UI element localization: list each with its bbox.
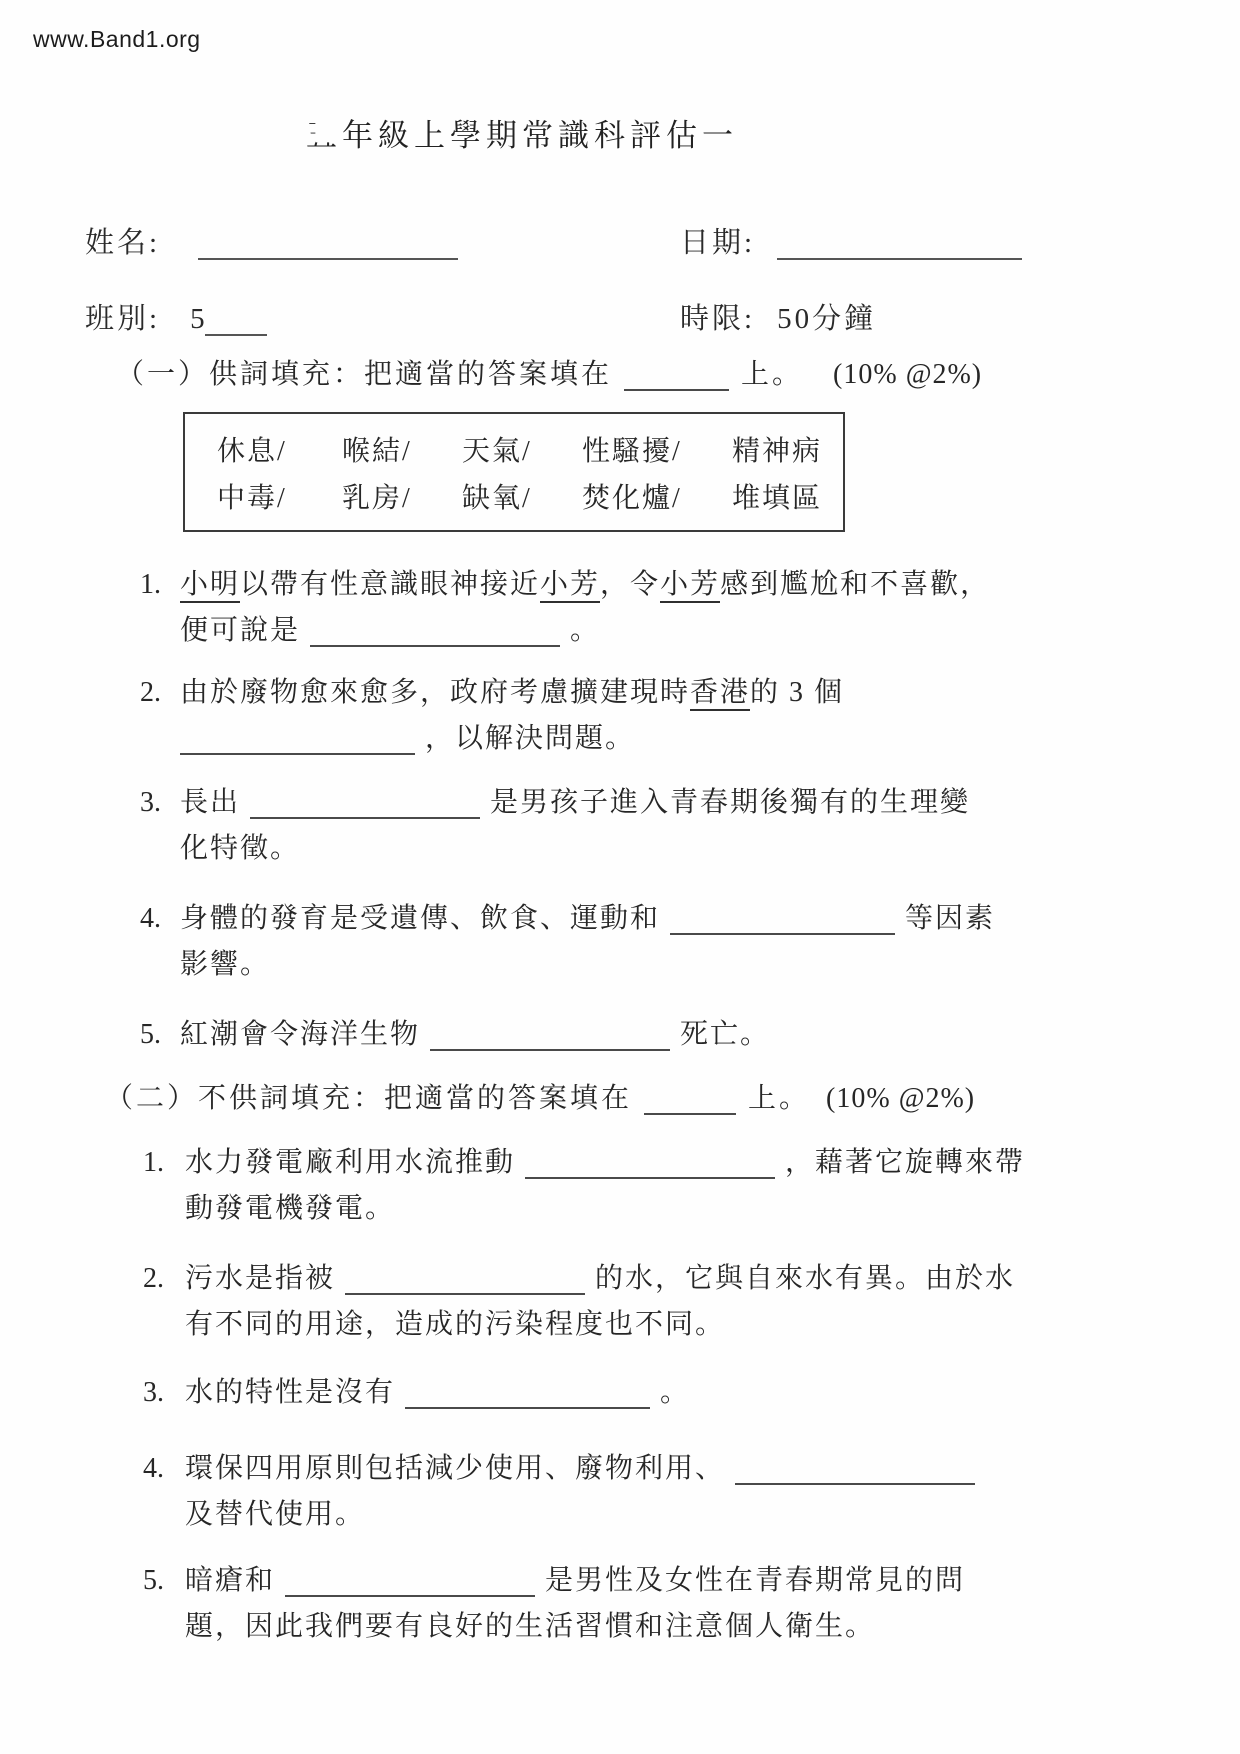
section2-heading-blank (644, 1085, 736, 1115)
question-text: 有不同的用途，造成的污染程度也不同。 (185, 1309, 725, 1340)
answer-blank (405, 1379, 650, 1409)
question-number: 1. (140, 562, 161, 608)
name-field: 姓名: (85, 220, 458, 261)
question-line: 題，因此我們要有良好的生活習慣和注意個人衛生。 (185, 1604, 965, 1650)
question-line: 長出是男孩子進入青春期後獨有的生理變 (180, 780, 970, 826)
question-number: 4. (143, 1446, 164, 1492)
question-text: 身體的發育是受遺傳、飲食、運動和 (180, 903, 660, 934)
question-line: 環保四用原則包括減少使用、廢物利用、 (185, 1446, 985, 1492)
answer-blank (310, 617, 560, 647)
section1-score: (10% @2%) (833, 359, 982, 390)
question-text: 及替代使用。 (185, 1499, 365, 1530)
section1-heading: （一）供詞填充：把適當的答案填在上。(10% @2%) (116, 352, 982, 392)
word-bank-row-2: 中毒/ 乳房/ 缺氧/ 焚化爐/ 堆填區 (185, 476, 843, 516)
s1-question-5: 5. 紅潮會令海洋生物死亡。 (140, 1012, 770, 1058)
question-text: 是男孩子進入青春期後獨有的生理變 (490, 787, 970, 818)
answer-blank (285, 1567, 535, 1597)
question-text: 暗瘡和 (185, 1565, 275, 1596)
section1-heading-blank (624, 361, 729, 391)
word-bank-row-1: 休息/ 喉結/ 天氣/ 性騷擾/ 精神病 (185, 429, 843, 469)
s1-question-4: 4. 身體的發育是受遺傳、飲食、運動和等因素 影響。 (140, 896, 995, 988)
question-text: 。 (660, 1377, 690, 1408)
word-bank-item: 乳房/ (342, 476, 462, 516)
question-line: 及替代使用。 (185, 1492, 985, 1538)
time-field: 時限:50分鐘 (680, 296, 876, 337)
question-text: 便可說是 (180, 615, 300, 646)
question-text: 污水是指被 (185, 1263, 335, 1294)
word-bank-item: 缺氧/ (462, 476, 582, 516)
answer-blank (180, 725, 415, 755)
question-text: 水力發電廠利用水流推動 (185, 1147, 515, 1178)
s1-question-2: 2. 由於廢物愈來愈多，政府考慮擴建現時香港的 3 個 ，以解決問題。 (140, 670, 844, 762)
word-bank-item: 休息/ (217, 429, 342, 469)
section2-heading-post: 上。 (748, 1083, 810, 1114)
word-bank-item: 性騷擾/ (582, 429, 732, 469)
question-text: 動發電機發電。 (185, 1193, 395, 1224)
date-field: 日期: (680, 220, 1022, 261)
question-text: 影響。 (180, 949, 270, 980)
question-text: 化特徵。 (180, 833, 300, 864)
s2-question-3: 3. 水的特性是沒有。 (143, 1370, 690, 1416)
question-line: 身體的發育是受遺傳、飲食、運動和等因素 (180, 896, 995, 942)
word-bank-box: 休息/ 喉結/ 天氣/ 性騷擾/ 精神病 中毒/ 乳房/ 缺氧/ 焚化爐/ 堆填… (183, 412, 845, 532)
section1-marker: （一） (116, 359, 209, 390)
question-text: 長出 (180, 787, 240, 818)
question-text: 由於廢物愈來愈多，政府考慮擴建現時 (180, 677, 690, 708)
question-line: 影響。 (180, 942, 995, 988)
question-text: 以帶有性意識眼神接近 (240, 569, 540, 600)
s2-question-5: 5. 暗瘡和是男性及女性在青春期常見的問 題，因此我們要有良好的生活習慣和注意個… (143, 1558, 965, 1650)
section1-heading-pre: 供詞填充：把適當的答案填在 (209, 359, 612, 390)
name-label: 姓名: (85, 227, 160, 259)
word-bank-item: 精神病 (732, 429, 843, 469)
class-value: 5 (190, 303, 205, 335)
question-text: 題，因此我們要有良好的生活習慣和注意個人衛生。 (185, 1611, 875, 1642)
class-label: 班別: (85, 303, 160, 335)
question-line: 小明以帶有性意識眼神接近小芳，令小芳感到尷尬和不喜歡， (180, 562, 990, 608)
question-number: 3. (143, 1370, 164, 1416)
question-text: 。 (570, 615, 600, 646)
question-line: ，以解決問題。 (180, 716, 844, 762)
question-text: 環保四用原則包括減少使用、廢物利用、 (185, 1453, 725, 1484)
section2-heading-pre: 不供詞填充：把適當的答案填在 (198, 1083, 632, 1114)
question-number: 2. (140, 670, 161, 716)
clipped-grade-char: 五 (306, 110, 342, 155)
question-text: ，藉著它旋轉來帶 (785, 1147, 1025, 1178)
underlined-word: 小明 (180, 569, 240, 603)
answer-blank (525, 1149, 775, 1179)
question-text: ，令 (600, 569, 660, 600)
question-line: 污水是指被的水，它與自來水有異。由於水 (185, 1256, 1015, 1302)
answer-blank (670, 905, 895, 935)
scanned-exam-page: www.Band1.org 五年級上學期常識科評估一 姓名: 日期: 班別:5 … (0, 0, 1240, 1754)
word-bank-item: 焚化爐/ (582, 476, 732, 516)
underlined-word: 小芳 (660, 569, 720, 603)
question-line: 暗瘡和是男性及女性在青春期常見的問 (185, 1558, 965, 1604)
question-line: 由於廢物愈來愈多，政府考慮擴建現時香港的 3 個 (180, 670, 844, 716)
word-bank-item: 堆填區 (732, 476, 843, 516)
section2-score: (10% @2%) (826, 1083, 975, 1114)
class-field: 班別:5 (85, 296, 267, 337)
class-blank (205, 305, 267, 336)
question-text: ，以解決問題。 (425, 723, 635, 754)
question-text: 的 3 個 (750, 677, 844, 708)
exam-title-text: 年級上學期常識科評估一 (342, 118, 738, 153)
date-blank (777, 229, 1022, 260)
word-bank-item: 天氣/ (462, 429, 582, 469)
question-line: 水的特性是沒有。 (185, 1370, 690, 1416)
question-line: 紅潮會令海洋生物死亡。 (180, 1012, 770, 1058)
s1-question-1: 1. 小明以帶有性意識眼神接近小芳，令小芳感到尷尬和不喜歡， 便可說是。 (140, 562, 990, 654)
question-number: 1. (143, 1140, 164, 1186)
question-number: 2. (143, 1256, 164, 1302)
question-text: 的水，它與自來水有異。由於水 (595, 1263, 1015, 1294)
answer-blank (345, 1265, 585, 1295)
question-number: 5. (143, 1558, 164, 1604)
question-line: 有不同的用途，造成的污染程度也不同。 (185, 1302, 1015, 1348)
question-text: 感到尷尬和不喜歡， (720, 569, 990, 600)
underlined-word: 香港 (690, 677, 750, 711)
s2-question-4: 4. 環保四用原則包括減少使用、廢物利用、 及替代使用。 (143, 1446, 985, 1538)
time-label: 時限: (680, 303, 755, 335)
answer-blank (735, 1455, 975, 1485)
word-bank-item: 中毒/ (217, 476, 342, 516)
s2-question-2: 2. 污水是指被的水，它與自來水有異。由於水 有不同的用途，造成的污染程度也不同… (143, 1256, 1015, 1348)
question-line: 水力發電廠利用水流推動，藉著它旋轉來帶 (185, 1140, 1025, 1186)
question-line: 動發電機發電。 (185, 1186, 1025, 1232)
question-line: 化特徵。 (180, 826, 970, 872)
section2-heading: （二）不供詞填充：把適當的答案填在上。(10% @2%) (105, 1076, 975, 1116)
question-text: 紅潮會令海洋生物 (180, 1019, 420, 1050)
question-text: 等因素 (905, 903, 995, 934)
name-blank (198, 229, 458, 260)
question-number: 3. (140, 780, 161, 826)
question-text: 死亡。 (680, 1019, 770, 1050)
s2-question-1: 1. 水力發電廠利用水流推動，藉著它旋轉來帶 動發電機發電。 (143, 1140, 1025, 1232)
s1-question-3: 3. 長出是男孩子進入青春期後獨有的生理變 化特徵。 (140, 780, 970, 872)
answer-blank (250, 789, 480, 819)
section2-marker: （二） (105, 1083, 198, 1114)
question-line: 便可說是。 (180, 608, 990, 654)
section1-heading-post: 上。 (741, 359, 803, 390)
date-label: 日期: (680, 227, 755, 259)
watermark-url: www.Band1.org (33, 26, 201, 53)
question-number: 4. (140, 896, 161, 942)
word-bank-item: 喉結/ (342, 429, 462, 469)
question-text: 水的特性是沒有 (185, 1377, 395, 1408)
question-text: 是男性及女性在青春期常見的問 (545, 1565, 965, 1596)
underlined-word: 小芳 (540, 569, 600, 603)
answer-blank (430, 1021, 670, 1051)
time-value: 50分鐘 (777, 303, 876, 335)
question-number: 5. (140, 1012, 161, 1058)
exam-title: 五年級上學期常識科評估一 (306, 110, 738, 155)
